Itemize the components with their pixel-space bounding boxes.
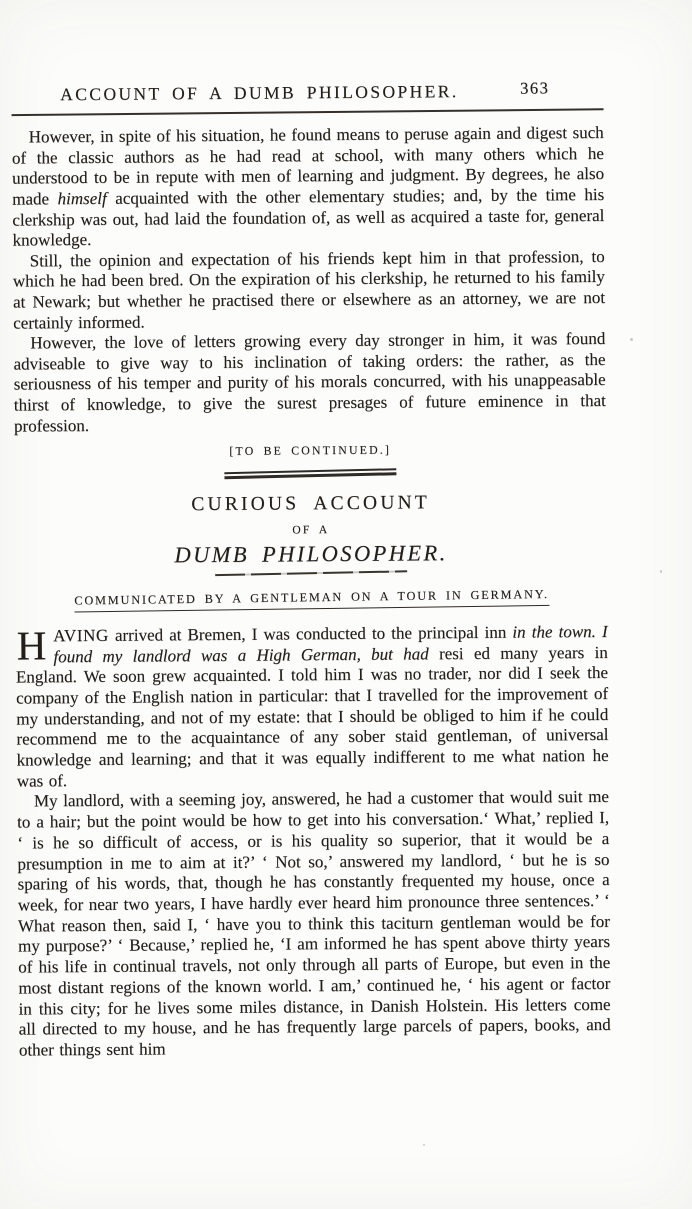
article-title-line-1: CURIOUS ACCOUNT — [15, 491, 607, 518]
paragraph-2: Still, the opinion and expectation of hi… — [13, 247, 606, 334]
article-byline: COMMUNICATED BY A GENTLEMAN ON A TOUR IN… — [74, 587, 549, 613]
paragraph-3: However, the love of letters growing eve… — [13, 329, 606, 437]
article-body: HAVING arrived at Bremen, I was conducte… — [16, 622, 611, 1061]
article-heading: CURIOUS ACCOUNT OF A DUMB PHILOSOPHER. C… — [15, 491, 608, 611]
paragraph-1-italic-word: himself — [58, 189, 107, 208]
to-be-continued-notice: [TO BE CONTINUED.] — [14, 438, 606, 463]
article-title-line-2: OF A — [15, 522, 607, 539]
opening-word-caps: AVING — [53, 626, 109, 645]
paragraph-1: However, in spite of his situation, he f… — [12, 123, 605, 251]
page-content: ACCOUNT OF A DUMB PHILOSOPHER. 363 Howev… — [11, 80, 611, 1061]
page-number: 363 — [520, 78, 549, 98]
header-rule — [12, 108, 604, 116]
article-title-line-3: DUMB PHILOSOPHER. — [15, 539, 607, 570]
byline-row: COMMUNICATED BY A GENTLEMAN ON A TOUR IN… — [15, 573, 607, 612]
paper-speck — [660, 570, 662, 573]
paper-speck — [423, 1144, 425, 1146]
article-paragraph-1-text: arrived at Bremen, I was conducted to th… — [109, 623, 513, 645]
drop-cap: H — [16, 626, 54, 662]
section-divider-rule — [224, 468, 396, 479]
continued-article-text: However, in spite of his situation, he f… — [12, 123, 607, 479]
running-header: ACCOUNT OF A DUMB PHILOSOPHER. 363 — [11, 80, 603, 109]
paper-speck — [630, 338, 633, 341]
article-paragraph-2: My landlord, with a seeming joy, answere… — [17, 787, 611, 1061]
running-header-title: ACCOUNT OF A DUMB PHILOSOPHER. — [11, 80, 603, 106]
article-paragraph-1: HAVING arrived at Bremen, I was conducte… — [16, 622, 609, 792]
scanned-document-page: ACCOUNT OF A DUMB PHILOSOPHER. 363 Howev… — [0, 0, 692, 1209]
